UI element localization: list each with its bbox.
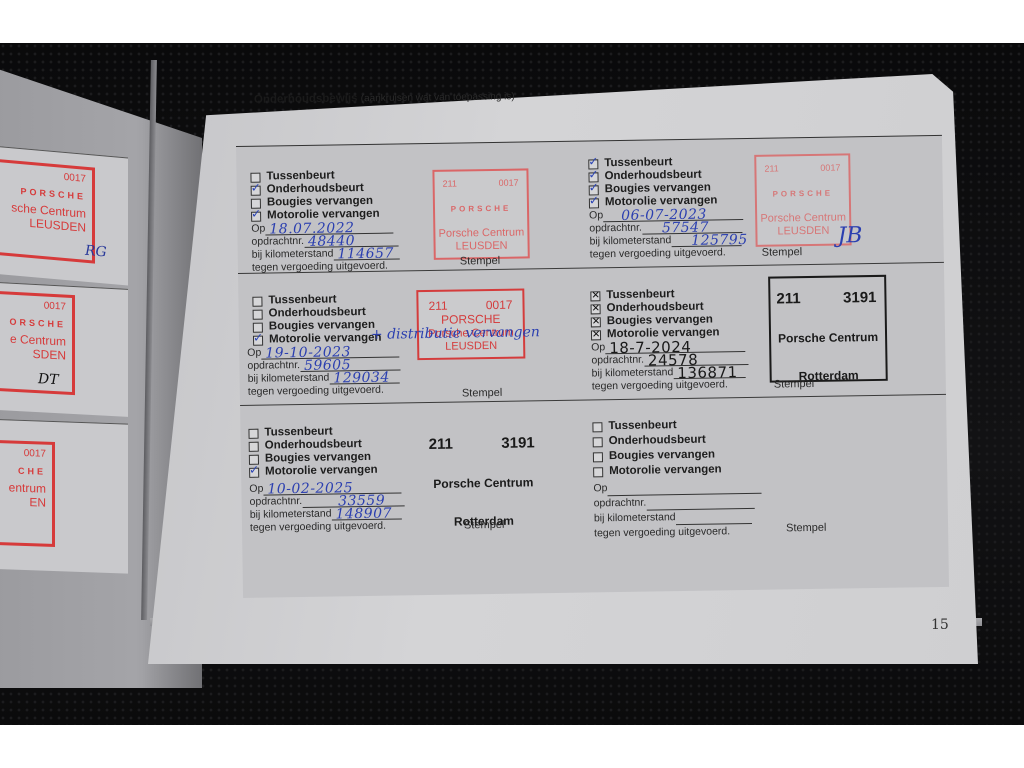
check-item: Motorolie vervangen [249, 464, 378, 479]
maintenance-form: Tussenbeurt Onderhoudsbeurt Bougies verv… [236, 135, 949, 598]
check-item: Motorolie vervangen [593, 462, 722, 479]
checkbox[interactable] [591, 304, 601, 314]
checkbox[interactable] [252, 296, 262, 306]
field-list: Op opdrachtnr. bij kilometerstand tegen … [593, 479, 762, 542]
checkbox[interactable] [590, 291, 600, 301]
bottom-letterbox [0, 725, 1024, 768]
check-list: Tussenbeurt Onderhoudsbeurt Bougies verv… [252, 293, 381, 347]
service-entry-5: Tussenbeurt Onderhoudsbeurt Bougies verv… [234, 406, 576, 541]
order-number-field[interactable]: opdrachtnr. [594, 494, 762, 512]
service-entry-3: Tussenbeurt Onderhoudsbeurt Bougies verv… [238, 274, 580, 409]
service-entry-2: Tussenbeurt Onderhoudsbeurt Bougies verv… [574, 136, 916, 271]
handwritten-note: + distributie vervangen [371, 324, 540, 343]
page-number: 15 [931, 617, 949, 633]
dealer-stamp: 2110017 PORSCHE Porsche Centrum LEUSDEN [432, 168, 529, 259]
field-list: Op06-07-2023 opdrachtnr.57547 bij kilome… [589, 207, 744, 261]
mileage-field[interactable]: bij kilometerstand148907 [250, 506, 405, 521]
check-list: Tussenbeurt Onderhoudsbeurt Bougies verv… [588, 155, 717, 209]
checkbox[interactable] [593, 467, 603, 477]
checkbox[interactable] [593, 437, 603, 447]
checkbox[interactable] [589, 198, 599, 208]
checkbox[interactable] [251, 211, 261, 221]
mileage-field[interactable]: bij kilometerstand [594, 509, 762, 527]
left-entry-1: 0017 PORSCHE sche Centrum LEUSDEN RG [0, 145, 128, 286]
left-entry-3: 0017 CHE entrum EN [0, 418, 128, 573]
service-entry-6: Tussenbeurt Onderhoudsbeurt Bougies verv… [578, 400, 920, 535]
checkbox[interactable] [253, 309, 263, 319]
checkbox[interactable] [249, 467, 259, 477]
checkbox[interactable] [592, 422, 602, 432]
checkbox[interactable] [591, 330, 601, 340]
initials: RG [85, 243, 107, 261]
checkbox[interactable] [253, 335, 263, 345]
check-list: Tussenbeurt Onderhoudsbeurt Bougies verv… [248, 425, 377, 479]
checkbox[interactable] [251, 185, 261, 195]
service-entry-1: Tussenbeurt Onderhoudsbeurt Bougies verv… [236, 142, 578, 277]
field-list: Op10-02-2025 opdrachtnr.33559 bij kilome… [249, 480, 404, 534]
field-list: Op18.07.2022 opdrachtnr.48440 bij kilome… [251, 220, 400, 274]
check-list: Tussenbeurt Onderhoudsbeurt Bougies verv… [250, 169, 379, 223]
check-list: Tussenbeurt Onderhoudsbeurt Bougies verv… [592, 417, 721, 479]
checkbox[interactable] [593, 452, 603, 462]
checkbox[interactable] [249, 441, 259, 451]
checkbox[interactable] [591, 317, 601, 327]
initials: DT [38, 371, 59, 388]
dealer-stamp: 2113191 Porsche Centrum Rotterdam [422, 422, 543, 520]
date-field[interactable]: Op [593, 479, 761, 497]
service-entry-4: Tussenbeurt Onderhoudsbeurt Bougies verv… [576, 268, 918, 403]
signature: JB [837, 223, 862, 248]
stamp: 0017 CHE entrum EN [0, 439, 55, 547]
field-list: Op19-10-2023 opdrachtnr.59605 bij kilome… [247, 344, 400, 398]
check-list: Tussenbeurt Onderhoudsbeurt Bougies verv… [590, 287, 719, 341]
checkbox[interactable] [248, 428, 258, 438]
dealer-stamp: 2113191 Porsche Centrum Rotterdam [768, 275, 888, 383]
stamp: 0017 PORSCHE sche Centrum LEUSDEN [0, 157, 95, 264]
field-list: Op18-7-2024 opdrachtnr.24578 bij kilomet… [591, 339, 748, 393]
left-entry-2: 0017 ORSCHE e Centrum SDEN DT [0, 281, 128, 417]
top-letterbox [0, 0, 1024, 43]
